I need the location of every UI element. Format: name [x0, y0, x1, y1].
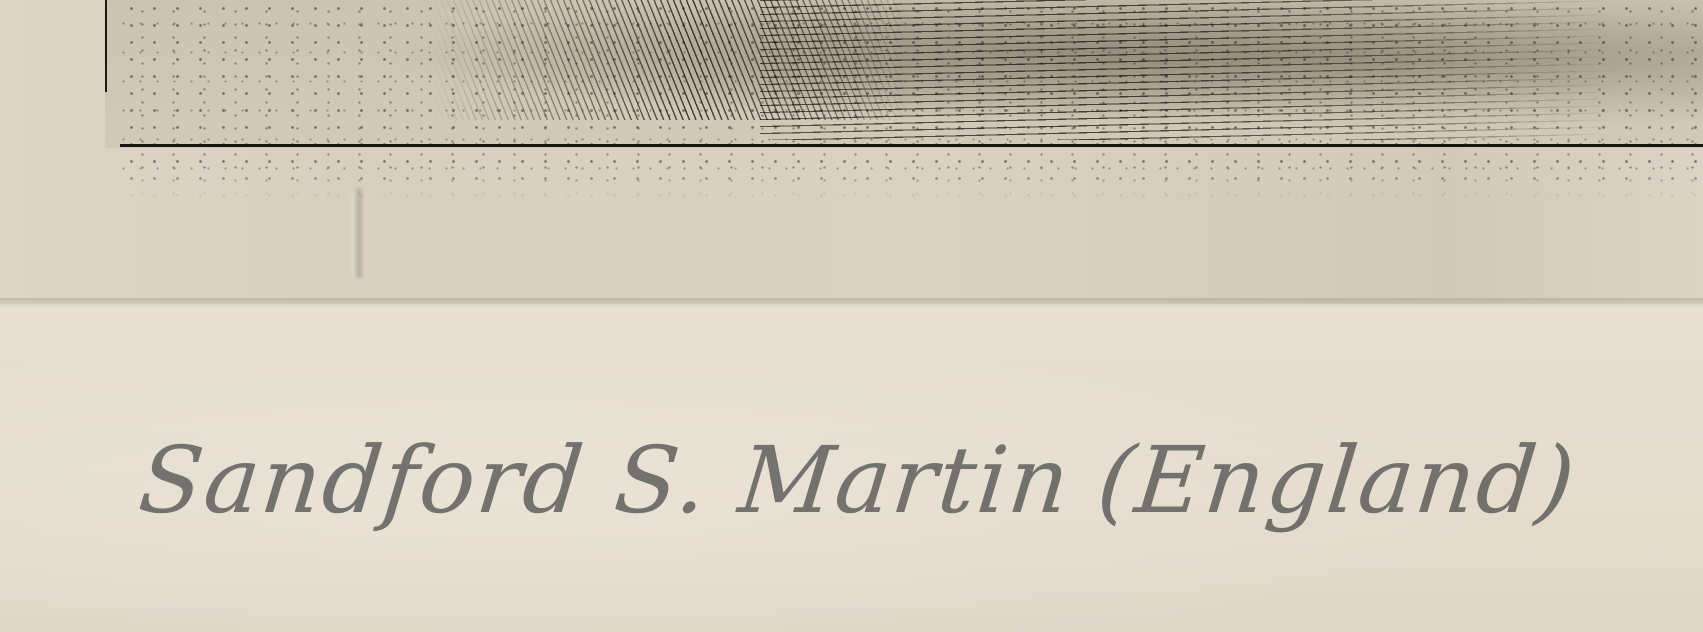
- aquatint-speckle: [120, 0, 1703, 200]
- mount-edge: [0, 298, 1703, 308]
- etching-scene: Sandford S. Martin (England): [0, 0, 1703, 632]
- pencil-inscription: Sandford S. Martin (England): [129, 380, 1550, 580]
- plate-mark-left: [105, 0, 107, 92]
- paper-crease: [352, 188, 366, 278]
- plate-mark-bottom: [120, 144, 1703, 147]
- artist-signature: Sandford S. Martin: [134, 427, 1076, 534]
- country-note: (England): [1093, 427, 1582, 534]
